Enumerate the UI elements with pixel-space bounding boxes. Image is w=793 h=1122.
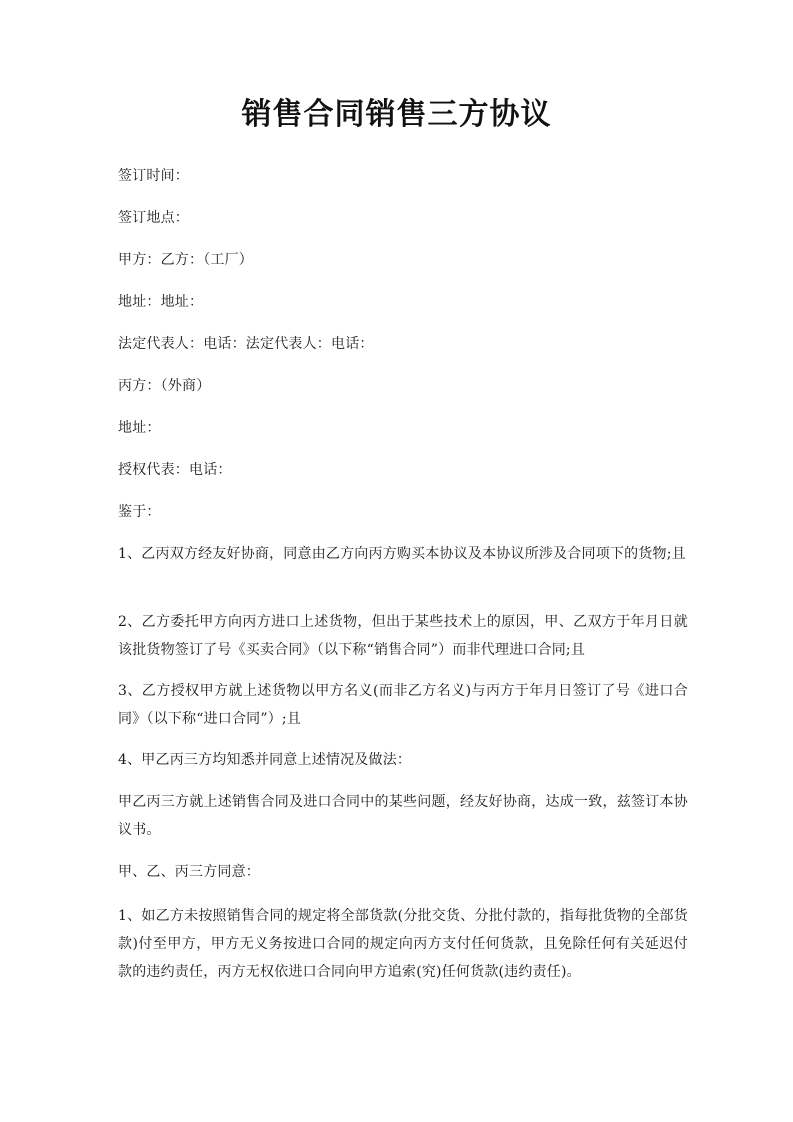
party-c: 丙方：（外商） (118, 372, 688, 400)
signing-place: 签订地点： (118, 204, 688, 232)
whereas-clause-3: 3、乙方授权甲方就上述货物以甲方名义(而非乙方名义)与丙方于年月日签订了号《进口… (118, 677, 688, 733)
legal-rep-phone: 法定代表人：电话：法定代表人：电话： (118, 330, 688, 358)
agreement-clause-1: 1、如乙方未按照销售合同的规定将全部货款(分批交货、分批付款的，指每批货物的全部… (118, 902, 688, 986)
agreement-heading: 甲、乙、丙三方同意： (118, 858, 688, 886)
signing-time: 签订时间： (118, 162, 688, 190)
address-a-b: 地址：地址： (118, 288, 688, 316)
whereas-heading: 鉴于： (118, 498, 688, 526)
document-title: 销售合同销售三方协议 (0, 93, 793, 137)
whereas-clause-4: 4、甲乙丙三方均知悉并同意上述情况及做法： (118, 746, 688, 774)
party-a-b: 甲方：乙方：（工厂） (118, 246, 688, 274)
address-c: 地址： (118, 414, 688, 442)
authorized-rep-phone: 授权代表：电话： (118, 456, 688, 484)
whereas-clause-2: 2、乙方委托甲方向丙方进口上述货物，但出于某些技术上的原因，甲、乙双方于年月日就… (118, 608, 688, 664)
agreement-intro: 甲乙丙三方就上述销售合同及进口合同中的某些问题，经友好协商，达成一致，兹签订本协… (118, 788, 688, 844)
whereas-clause-1: 1、乙丙双方经友好协商，同意由乙方向丙方购买本协议及本协议所涉及合同项下的货物;… (118, 540, 688, 568)
